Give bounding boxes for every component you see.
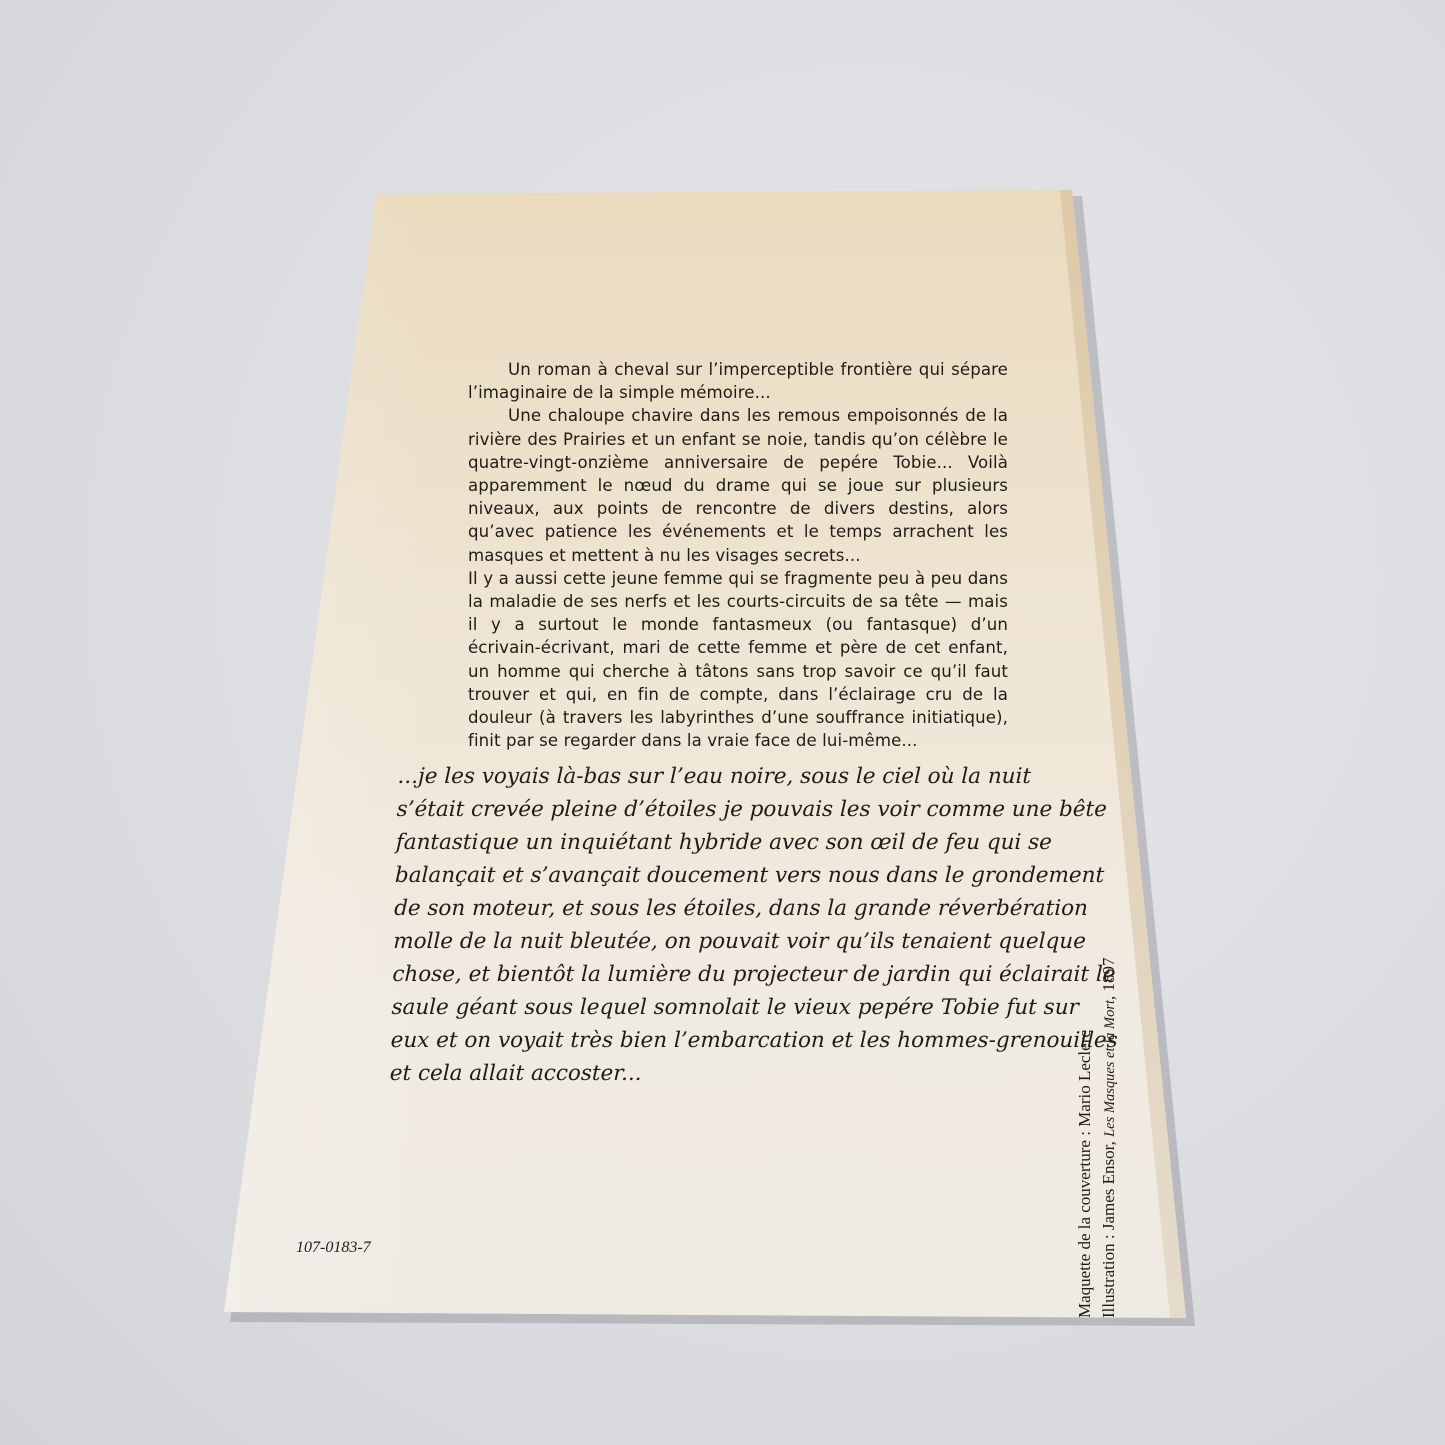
excerpt-line: molle de la nuit bleutée, on pouvait voi…: [393, 925, 1036, 958]
excerpt-line: balançait et s’avançait doucement vers n…: [395, 859, 1038, 892]
illustration-title: Les Masques et la Mort: [1102, 1000, 1118, 1137]
excerpt-line: fantastique un inquiétant hybride avec s…: [395, 826, 1038, 859]
excerpt-line: eux et on voyait très bien l’embarcation…: [390, 1024, 1033, 1057]
excerpt-line: s’était crevée pleine d’étoiles je pouva…: [396, 793, 1039, 826]
excerpt-line: chose, et bientôt la lumière du projecte…: [392, 958, 1035, 991]
cover-credits: Maquette de la couverture : Mario Lecler…: [1073, 957, 1122, 1318]
isbn-number: 107-0183-7: [296, 1239, 371, 1257]
excerpt-line: de son moteur, et sous les étoiles, dans…: [394, 892, 1037, 925]
illustration-credit: Illustration : James Ensor, Les Masques …: [1097, 957, 1122, 1318]
illustration-year: , 1897: [1099, 957, 1118, 1000]
blurb-paragraph: Une chaloupe chavire dans les remous emp…: [468, 404, 1008, 566]
excerpt-line: ...je les voyais là-bas sur l’eau noire,…: [397, 760, 1040, 793]
excerpt-line: et cela allait accoster...: [389, 1057, 1032, 1090]
illustration-credit-prefix: Illustration : James Ensor,: [1099, 1137, 1118, 1318]
cover-design-credit: Maquette de la couverture : Mario Lecler…: [1073, 957, 1097, 1318]
blurb-paragraph: Il y a aussi cette jeune femme qui se fr…: [468, 567, 1008, 753]
blurb-text: Un roman à cheval sur l’imperceptible fr…: [468, 358, 1008, 752]
excerpt-line: saule géant sous lequel somnolait le vie…: [391, 991, 1034, 1024]
excerpt-text: ...je les voyais là-bas sur l’eau noire,…: [389, 760, 1040, 1090]
blurb-paragraph: Un roman à cheval sur l’imperceptible fr…: [468, 358, 1008, 404]
